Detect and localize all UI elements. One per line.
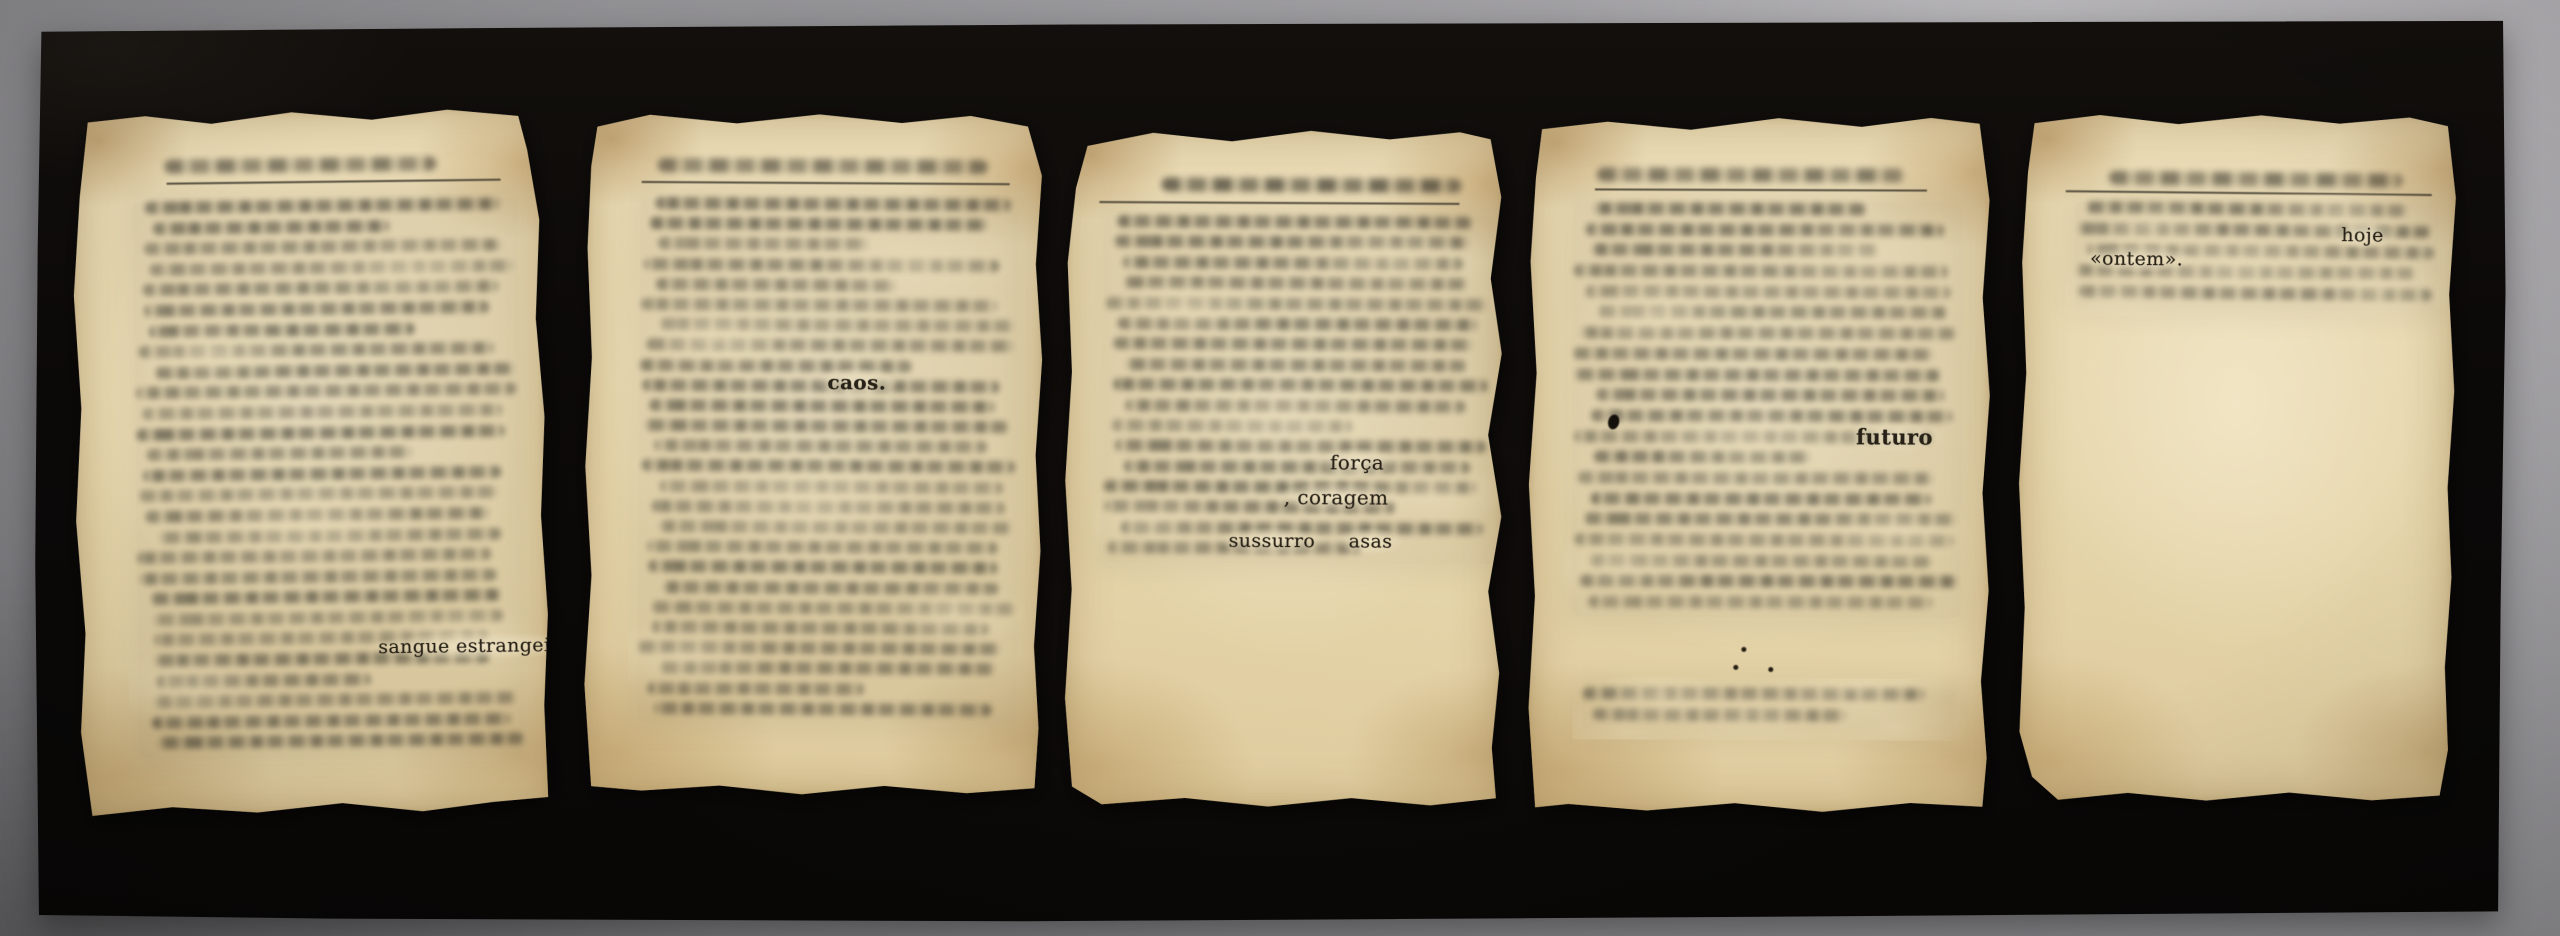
smudged-text-line xyxy=(1574,264,1948,277)
page-5: hoje «ontem». xyxy=(2014,111,2457,806)
smudged-text-line xyxy=(1114,337,1473,351)
smudged-text-line xyxy=(1123,256,1463,270)
header-rule xyxy=(1099,201,1459,205)
ink-dot xyxy=(1768,667,1773,672)
page-4-wrap: futuro xyxy=(1527,115,1991,814)
smudged-text-line xyxy=(137,424,505,440)
smudged-text-line xyxy=(1115,439,1486,453)
smudged-text-line xyxy=(649,217,988,231)
smudged-text-line xyxy=(651,601,1015,615)
page-1-wrap: sangue estrangeiro. xyxy=(70,107,551,817)
visible-word-ontem: «ontem». xyxy=(2078,244,2195,273)
smudged-text-line xyxy=(138,342,493,358)
smudged-text-line xyxy=(662,581,998,595)
smudged-text-line xyxy=(1583,687,1924,700)
running-header-smudge xyxy=(1597,167,1905,182)
smudged-text-line xyxy=(1580,575,1957,588)
smudged-text-line xyxy=(151,589,501,605)
smudged-text-line xyxy=(1592,244,1878,257)
smudged-text-line xyxy=(1585,513,1956,526)
visible-word-caos: caos. xyxy=(815,367,898,398)
smudged-text-line xyxy=(638,641,1000,655)
smudged-text-line xyxy=(1594,202,1866,215)
smudged-text-line xyxy=(655,197,1010,211)
smudged-text-line xyxy=(142,404,503,420)
smudged-text-line xyxy=(143,465,501,481)
visible-word-forca: força xyxy=(1318,447,1396,477)
header-rule xyxy=(642,181,1010,185)
smudged-text-line xyxy=(1115,236,1468,250)
smudged-text-line xyxy=(1596,389,1945,402)
smudged-footer-block xyxy=(1582,687,1955,730)
smudged-text-block xyxy=(133,197,524,758)
smudged-text-line xyxy=(159,527,501,543)
smudged-text-line xyxy=(648,560,997,574)
smudged-text-line xyxy=(1125,399,1465,413)
smudged-text-line xyxy=(660,480,1003,494)
visible-word-hoje: hoje xyxy=(2329,221,2396,250)
smudged-text-line xyxy=(1124,460,1470,474)
header-rule xyxy=(2066,190,2432,196)
header-rule xyxy=(167,179,501,185)
page-2-wrap: caos. xyxy=(582,112,1044,797)
smudged-text-line xyxy=(1590,492,1931,505)
running-header-smudge xyxy=(2109,171,2403,188)
running-header-smudge xyxy=(164,156,436,173)
smudged-text-line xyxy=(1574,368,1940,381)
smudged-text-line xyxy=(652,500,1004,514)
smudged-text-line xyxy=(654,439,988,453)
smudged-text-line xyxy=(1585,285,1950,298)
page-3: força , coragem sussurro asas xyxy=(1062,127,1504,809)
smudged-text-line xyxy=(658,237,868,250)
smudged-text-line xyxy=(152,712,510,728)
smudged-text-line xyxy=(139,568,496,584)
smudged-text-line xyxy=(649,399,994,413)
smudged-text-line xyxy=(2079,285,2432,301)
smudged-text-line xyxy=(139,486,499,502)
ink-dot xyxy=(1741,647,1746,652)
smudged-text-line xyxy=(147,446,412,461)
smudged-text-line xyxy=(1112,419,1352,432)
ink-dot xyxy=(1733,665,1738,670)
smudged-text-line xyxy=(651,621,989,635)
smudged-text-line xyxy=(157,733,523,749)
smudged-text-line xyxy=(1588,595,1933,608)
smudged-text-line xyxy=(644,258,1000,272)
page-2: caos. xyxy=(582,112,1044,797)
smudged-text-line xyxy=(648,681,864,694)
smudged-text-line xyxy=(155,362,514,378)
visible-word-coragem: , coragem xyxy=(1272,482,1401,513)
running-header-smudge xyxy=(658,158,988,174)
smudged-text-line xyxy=(1580,326,1955,339)
smudged-text-line xyxy=(137,548,491,564)
smudged-text-line xyxy=(144,301,489,317)
smudged-text-line xyxy=(157,673,371,688)
visible-word-futuro: futuro xyxy=(1844,421,1945,452)
smudged-text-line xyxy=(145,198,499,214)
page-1: sangue estrangeiro. xyxy=(70,107,551,817)
smudged-text-line xyxy=(644,419,1008,433)
smudged-text-block xyxy=(1572,202,1961,617)
smudged-text-line xyxy=(1588,554,1931,567)
smudged-text-line xyxy=(143,280,498,296)
smudged-text-line xyxy=(659,318,1014,332)
smudged-text-line xyxy=(1117,317,1477,331)
page-5-wrap: hoje «ontem». xyxy=(2014,111,2457,806)
smudged-text-line xyxy=(647,338,1014,352)
smudged-text-line xyxy=(154,692,515,708)
visible-word-sussurro: sussurro xyxy=(1217,527,1328,556)
photo-of-erasure-artwork: sangue estrangeiro. caos. força , corage… xyxy=(0,0,2560,936)
smudged-text-line xyxy=(1586,223,1944,236)
visible-word-asas: asas xyxy=(1337,527,1405,555)
smudged-text-line xyxy=(152,610,502,626)
smudged-text-line xyxy=(1594,451,1811,464)
page-4: futuro xyxy=(1527,115,1991,814)
smudged-text-line xyxy=(149,322,414,337)
running-header-smudge xyxy=(1161,177,1461,193)
smudged-text-line xyxy=(144,239,501,255)
smudged-text-line xyxy=(1117,215,1471,229)
smudged-text-line xyxy=(641,459,1015,473)
smudged-text-line xyxy=(1124,276,1467,290)
smudged-text-line xyxy=(641,298,997,312)
smudged-text-line xyxy=(659,661,995,675)
smudged-text-line xyxy=(1578,471,1933,484)
page-3-wrap: força , coragem sussurro asas xyxy=(1062,127,1504,809)
smudged-text-line xyxy=(655,702,992,716)
smudged-text-line xyxy=(146,507,489,523)
smudged-text-line xyxy=(1113,378,1487,392)
smudged-text-line xyxy=(1574,347,1934,360)
smudged-text-line xyxy=(153,220,389,235)
smudged-text-line xyxy=(658,520,1010,534)
header-rule xyxy=(1595,188,1927,191)
smudged-text-line xyxy=(1593,708,1846,721)
smudged-text-line xyxy=(1575,533,1955,546)
smudged-text-line xyxy=(2086,201,2408,216)
smudged-text-block xyxy=(637,197,1018,724)
smudged-text-line xyxy=(1598,306,1948,319)
smudged-text-line xyxy=(647,540,997,554)
smudged-text-line xyxy=(150,259,512,275)
smudged-text-line xyxy=(656,278,896,291)
smudged-text-line xyxy=(136,383,517,400)
smudged-text-line xyxy=(1125,358,1467,372)
smudged-text-line xyxy=(1106,297,1487,311)
